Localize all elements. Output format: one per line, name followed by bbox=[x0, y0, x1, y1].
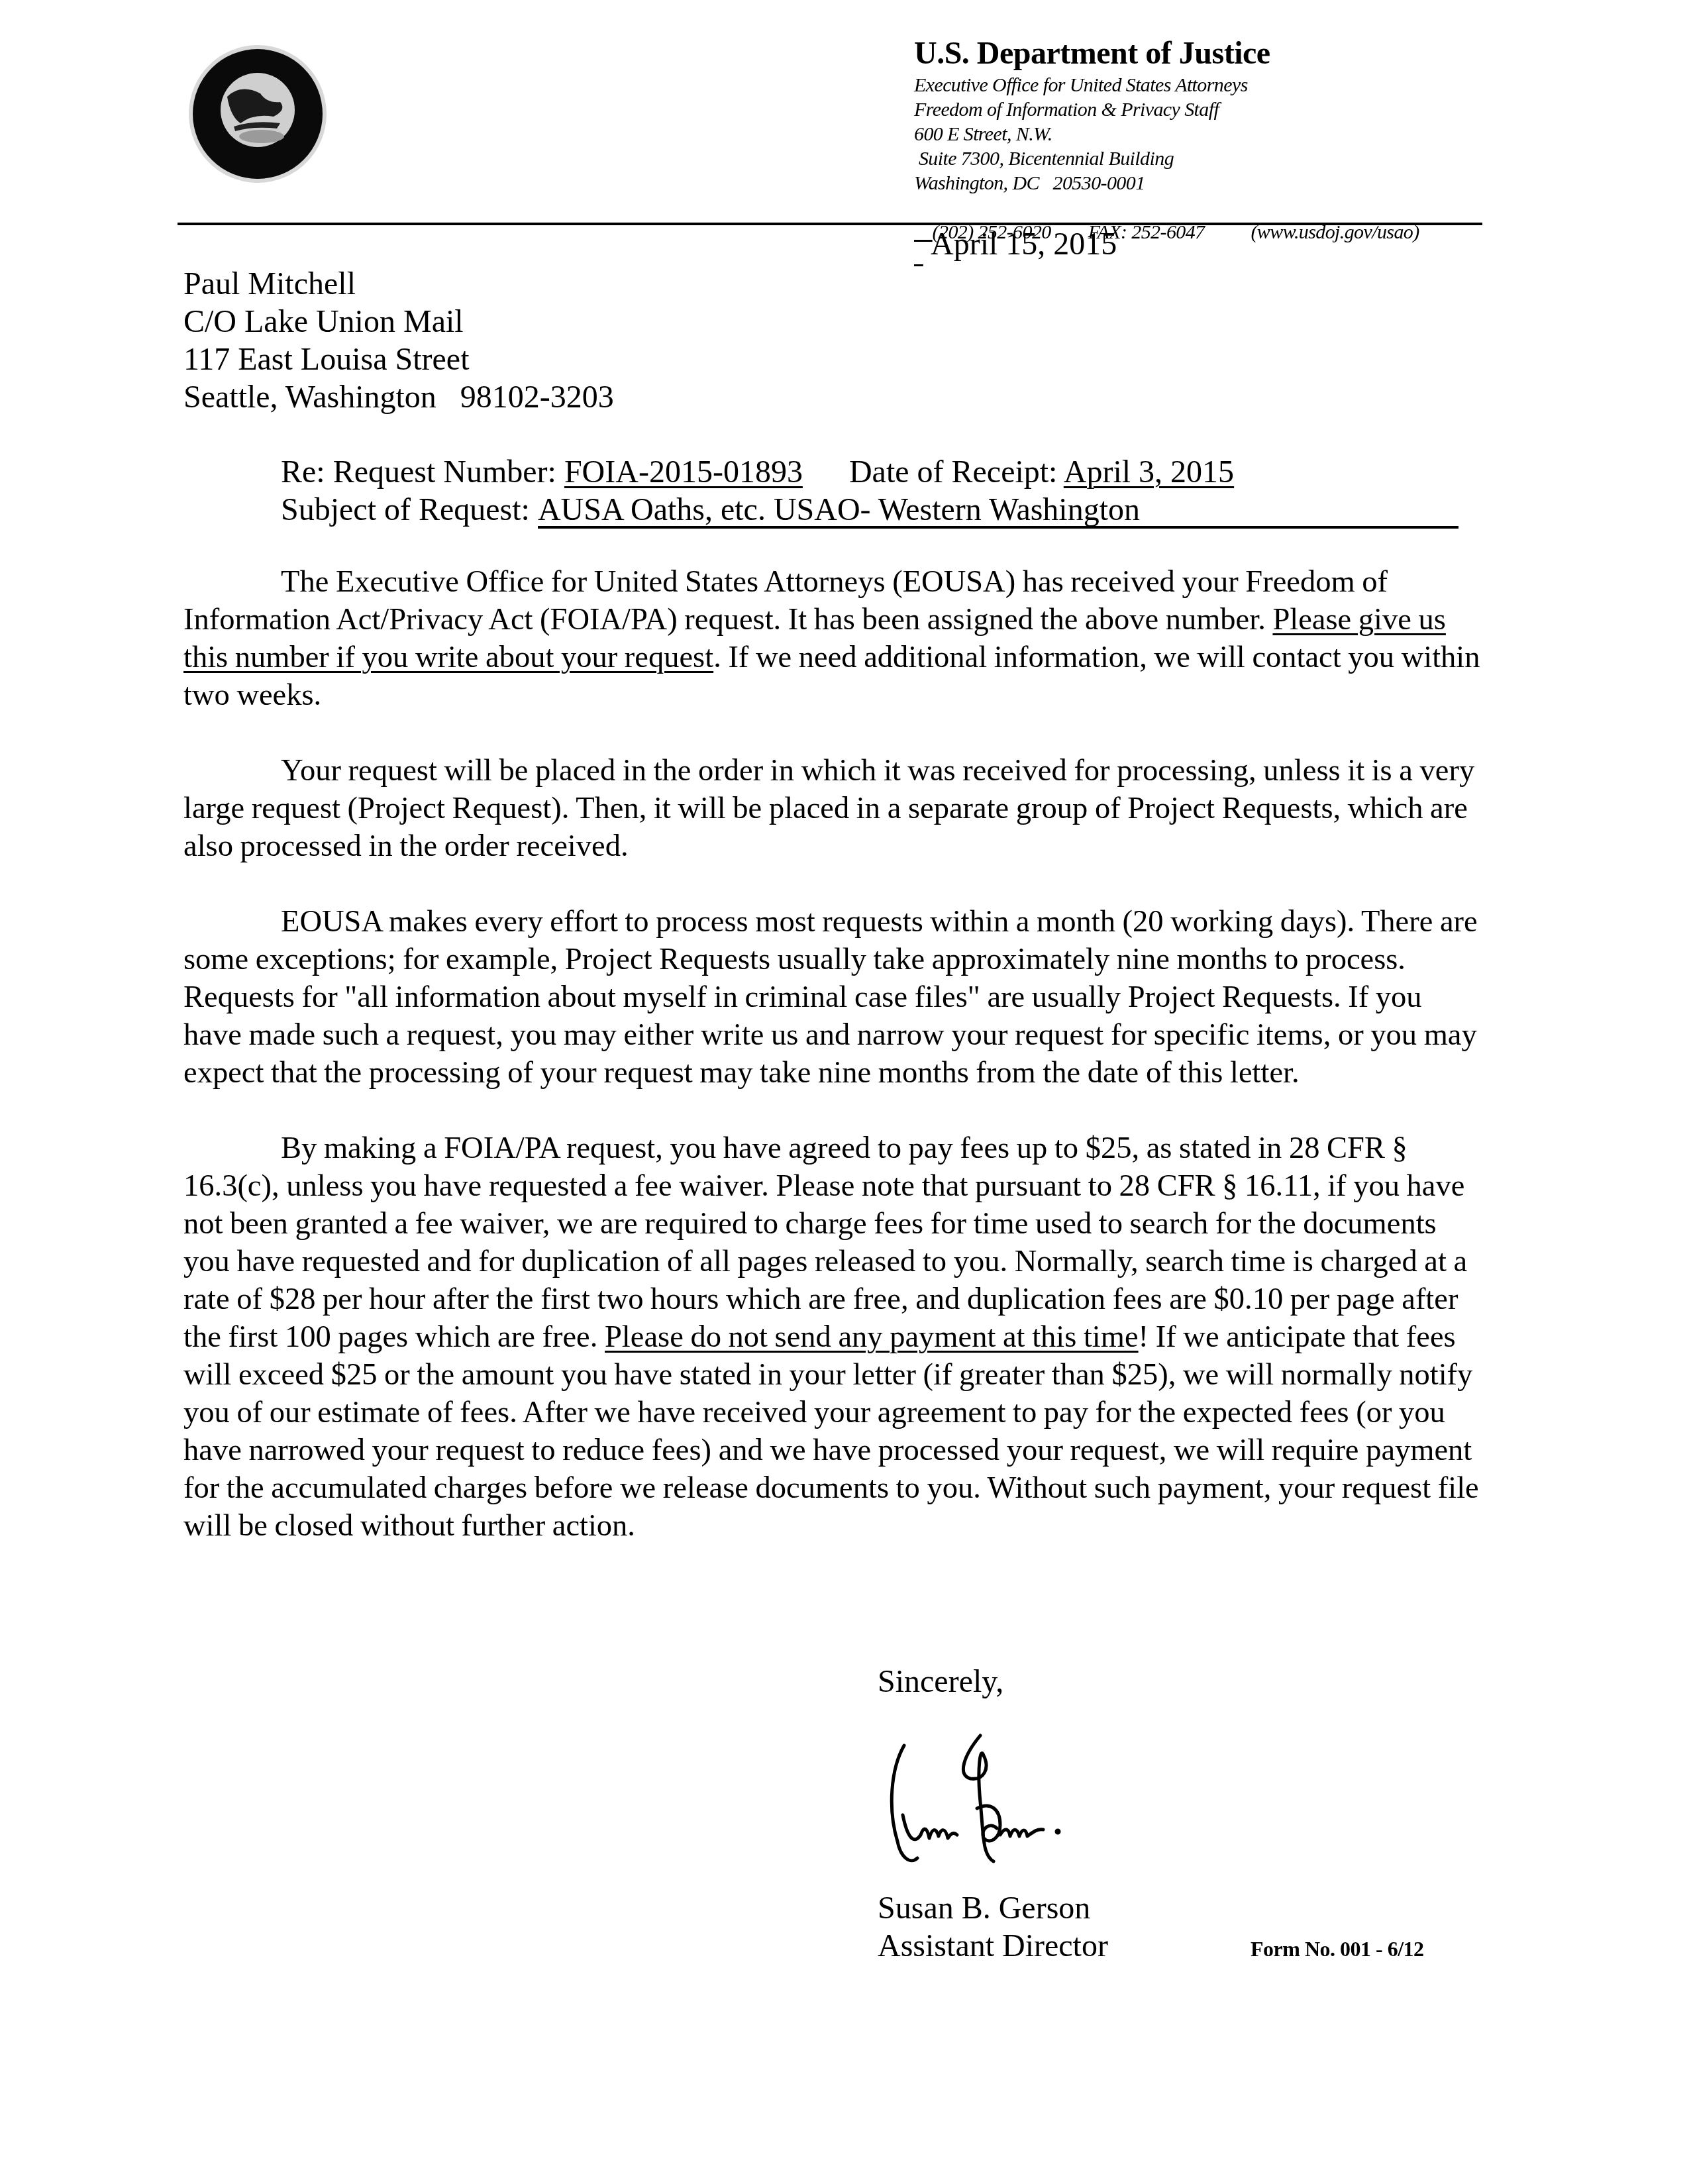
header-divider bbox=[178, 223, 1482, 225]
city-address: Washington, DC 20530-0001 bbox=[914, 171, 1497, 195]
subject-value: AUSA Oaths, etc. USAO- Western Washingto… bbox=[538, 494, 1459, 529]
request-number: FOIA-2015-01893 bbox=[564, 454, 803, 490]
receipt-label: Date of Receipt: bbox=[849, 454, 1064, 490]
department-name: U.S. Department of Justice bbox=[914, 34, 1497, 73]
paragraph-receipt: The Executive Office for United States A… bbox=[183, 563, 1482, 714]
recipient-city: Seattle, Washington 98102-3203 bbox=[183, 378, 614, 416]
recipient-address: Paul Mitchell C/O Lake Union Mail 117 Ea… bbox=[183, 265, 614, 416]
paragraph-text: The Executive Office for United States A… bbox=[183, 565, 1388, 637]
recipient-street: 117 East Louisa Street bbox=[183, 340, 614, 378]
suite-address: Suite 7300, Bicentennial Building bbox=[914, 146, 1497, 171]
street-address: 600 E Street, N.W. bbox=[914, 122, 1497, 146]
staff-name: Freedom of Information & Privacy Staff bbox=[914, 97, 1497, 122]
paragraph-timing: EOUSA makes every effort to process most… bbox=[183, 903, 1482, 1092]
paragraph-fees: By making a FOIA/PA request, you have ag… bbox=[183, 1129, 1482, 1545]
underlined-payment-notice: Please do not send any payment at this t… bbox=[605, 1320, 1139, 1354]
request-number-label: Re: Request Number: bbox=[281, 454, 564, 490]
paragraph-order: Your request will be placed in the order… bbox=[183, 752, 1482, 865]
form-number: Form No. 001 - 6/12 bbox=[1251, 1936, 1424, 1962]
subject-label: Subject of Request: bbox=[281, 492, 538, 527]
signer-block: Susan B. Gerson Assistant Director bbox=[878, 1889, 1108, 1965]
signer-title: Assistant Director bbox=[878, 1927, 1108, 1965]
request-number-row: Re: Request Number: FOIA-2015-01893Date … bbox=[281, 453, 1497, 491]
closing-salutation: Sincerely, bbox=[878, 1663, 1003, 1700]
office-name: Executive Office for United States Attor… bbox=[914, 73, 1497, 97]
recipient-name: Paul Mitchell bbox=[183, 265, 614, 303]
reference-block: Re: Request Number: FOIA-2015-01893Date … bbox=[281, 453, 1497, 529]
letter-body: The Executive Office for United States A… bbox=[183, 563, 1482, 1583]
signer-name: Susan B. Gerson bbox=[878, 1889, 1108, 1927]
recipient-care-of: C/O Lake Union Mail bbox=[183, 303, 614, 340]
letter-date: April 15, 2015 bbox=[931, 225, 1117, 264]
handwritten-signature-icon bbox=[884, 1729, 1162, 1881]
receipt-date: April 3, 2015 bbox=[1064, 454, 1234, 490]
subject-row: Subject of Request: AUSA Oaths, etc. USA… bbox=[281, 491, 1497, 529]
doj-seal-icon bbox=[187, 44, 328, 184]
